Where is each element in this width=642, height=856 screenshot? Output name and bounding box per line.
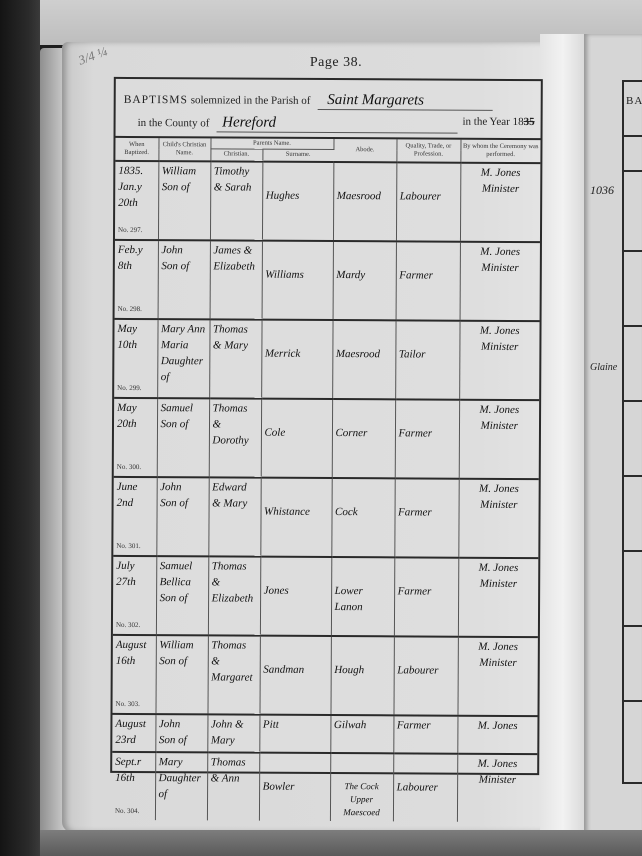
cell-parents-christian: Thomas & Margaret	[207, 635, 259, 714]
cell-minister: M. JonesMinister	[459, 400, 539, 479]
cell-child: SamuelSon of	[157, 398, 209, 477]
register-entry-row: August 16thNo. 303.WilliamSon ofThomas &…	[112, 635, 537, 716]
cell-parents-christian: Edward & Mary	[208, 477, 260, 556]
parish-name: Saint Margarets	[317, 92, 492, 111]
col-trade: Quality, Trade, or Profession.	[396, 139, 460, 162]
cell-date: August 23rd	[112, 714, 155, 752]
book-gutter	[540, 34, 586, 834]
entry-number: No. 301.	[116, 541, 140, 551]
cell-abode: Maesrood	[332, 320, 395, 399]
cell-child: JohnSon of	[158, 240, 210, 319]
cell-child: MaryDaughter of	[155, 752, 207, 820]
cell-child: JohnSon of	[155, 714, 207, 752]
cell-surname: Jones	[260, 557, 331, 636]
cell-abode: Gilwah	[330, 715, 393, 753]
cell-parents-christian: Thomas & Elizabeth	[208, 556, 260, 635]
cell-minister: M. Jones	[457, 716, 537, 754]
cell-abode: Mardy	[333, 241, 396, 320]
heading-year: in the Year 1835	[462, 116, 534, 128]
cell-date: May 10thNo. 299.	[114, 319, 157, 398]
heading-line-parish: BAPTISMS solemnized in the Parish of Sai…	[124, 91, 493, 111]
entry-number: No. 297.	[118, 225, 142, 235]
cell-minister: M. JonesMinister	[457, 637, 537, 716]
cell-trade: Labourer	[393, 636, 457, 715]
cell-parents-christian: Timothy & Sarah	[210, 161, 262, 240]
cell-child: Samuel BellicaSon of	[156, 556, 208, 635]
cell-date: August 16thNo. 303.	[112, 635, 155, 714]
register-entry-row: June 2ndNo. 301.JohnSon ofEdward & MaryW…	[113, 477, 538, 558]
cell-surname: Williams	[262, 241, 333, 320]
cell-trade: Labourer	[396, 162, 460, 241]
desk-background-bottom	[40, 830, 642, 856]
cell-minister: M. JonesMinister	[457, 753, 537, 822]
register-entry-row: May 10thNo. 299.Mary Ann MariaDaughter o…	[114, 319, 539, 400]
col-parents-name: Parents Name.	[210, 138, 333, 150]
right-page-row-line	[622, 250, 642, 252]
cell-trade: Farmer	[396, 241, 460, 320]
cell-surname: Whistance	[260, 478, 331, 557]
margin-note-number: 1036	[590, 183, 614, 198]
entry-number: No. 302.	[116, 620, 140, 630]
margin-note-word: Glaine	[590, 362, 617, 373]
col-abode: Abode.	[333, 139, 396, 162]
cell-abode: The Cock Upper Maescoed	[330, 753, 393, 821]
right-page-row-line	[622, 400, 642, 402]
cell-surname: Hughes	[262, 162, 333, 241]
register-entry-row: Sept.r 16thNo. 304.MaryDaughter ofThomas…	[112, 752, 537, 822]
register-entry-row: August 23rdJohnSon ofJohn & MaryPittGilw…	[112, 714, 537, 754]
cell-minister: M. JonesMinister	[458, 479, 538, 558]
cell-date: June 2ndNo. 301.	[113, 477, 156, 556]
cell-parents-christian: Thomas & Ann	[207, 752, 259, 820]
cell-surname: Pitt	[259, 715, 330, 753]
cell-child: JohnSon of	[156, 477, 208, 556]
cell-trade: Labourer	[393, 753, 457, 821]
cell-date: July 27thNo. 302.	[113, 556, 156, 635]
heading-line-county: in the County of Hereford	[138, 114, 458, 134]
entry-number: No. 304.	[115, 806, 139, 816]
page-number: Page 38.	[0, 55, 642, 71]
right-page-heading-fragment: BA	[626, 95, 642, 107]
cell-minister: M. JonesMinister	[460, 163, 540, 242]
cell-trade: Farmer	[393, 715, 457, 753]
col-parents-surname: Surname.	[262, 150, 333, 162]
cell-surname: Cole	[261, 399, 332, 478]
cell-trade: Tailor	[395, 320, 459, 399]
entry-number: No. 299.	[117, 383, 141, 393]
entry-number: No. 303.	[116, 699, 140, 709]
cell-minister: M. JonesMinister	[458, 558, 538, 637]
register-grid: When Baptized. Child's Christian Name. P…	[112, 138, 541, 822]
cell-minister: M. JonesMinister	[460, 242, 540, 321]
cell-date: May 20thNo. 300.	[114, 398, 157, 477]
right-page-row-line	[622, 700, 642, 702]
cell-surname: Merrick	[261, 320, 332, 399]
entry-number: No. 298.	[118, 304, 142, 314]
cell-child: Mary Ann MariaDaughter of	[157, 319, 209, 398]
cell-trade: Farmer	[394, 557, 458, 636]
right-page-row-line	[622, 475, 642, 477]
cell-trade: Farmer	[395, 399, 459, 478]
right-page-row-line	[622, 170, 642, 172]
register-entry-row: 1835. Jan.y 20thNo. 297.WilliamSon ofTim…	[115, 161, 540, 242]
col-child-name: Child's Christian Name.	[158, 138, 210, 161]
cell-child: WilliamSon of	[158, 161, 210, 240]
cell-parents-christian: Thomas & Mary	[209, 319, 261, 398]
right-page-row-line	[622, 135, 642, 137]
cell-parents-christian: Thomas & Dorothy	[209, 398, 261, 477]
cell-abode: Corner	[332, 399, 395, 478]
cell-date: 1835. Jan.y 20thNo. 297.	[115, 161, 158, 240]
desk-background-left	[0, 0, 40, 856]
register-heading: BAPTISMS solemnized in the Parish of Sai…	[116, 79, 541, 140]
entry-number: No. 300.	[117, 462, 141, 472]
right-page-register-table	[622, 80, 642, 784]
right-page-row-line	[622, 625, 642, 627]
cell-abode: Hough	[330, 636, 393, 715]
cell-trade: Farmer	[394, 478, 458, 557]
cell-surname: Sandman	[259, 636, 330, 715]
cell-minister: M. JonesMinister	[459, 321, 539, 400]
cell-date: Sept.r 16thNo. 304.	[112, 752, 155, 820]
cell-parents-christian: James & Elizabeth	[210, 240, 262, 319]
cell-child: WilliamSon of	[155, 635, 207, 714]
right-page-row-line	[622, 550, 642, 552]
register-entry-row: May 20thNo. 300.SamuelSon ofThomas & Dor…	[114, 398, 539, 479]
year-struck-digits: 35	[524, 116, 535, 128]
cell-parents-christian: John & Mary	[207, 714, 259, 752]
baptism-register-table: BAPTISMS solemnized in the Parish of Sai…	[110, 77, 543, 775]
col-parents-christian: Christian.	[210, 149, 262, 161]
county-name: Hereford	[216, 114, 457, 133]
col-when-baptized: When Baptized.	[115, 138, 158, 161]
register-entry-row: Feb.y 8thNo. 298.JohnSon ofJames & Eliza…	[115, 240, 540, 321]
right-page-row-line	[622, 325, 642, 327]
cell-abode: Lower Lanon	[331, 557, 394, 636]
col-ceremony: By whom the Ceremony was performed.	[460, 140, 540, 163]
cell-date: Feb.y 8thNo. 298.	[115, 240, 158, 319]
cell-abode: Maesrood	[333, 162, 396, 241]
cell-abode: Cock	[331, 478, 394, 557]
cell-surname: Bowler	[259, 752, 330, 821]
register-entry-row: July 27thNo. 302.Samuel BellicaSon ofTho…	[113, 556, 538, 637]
